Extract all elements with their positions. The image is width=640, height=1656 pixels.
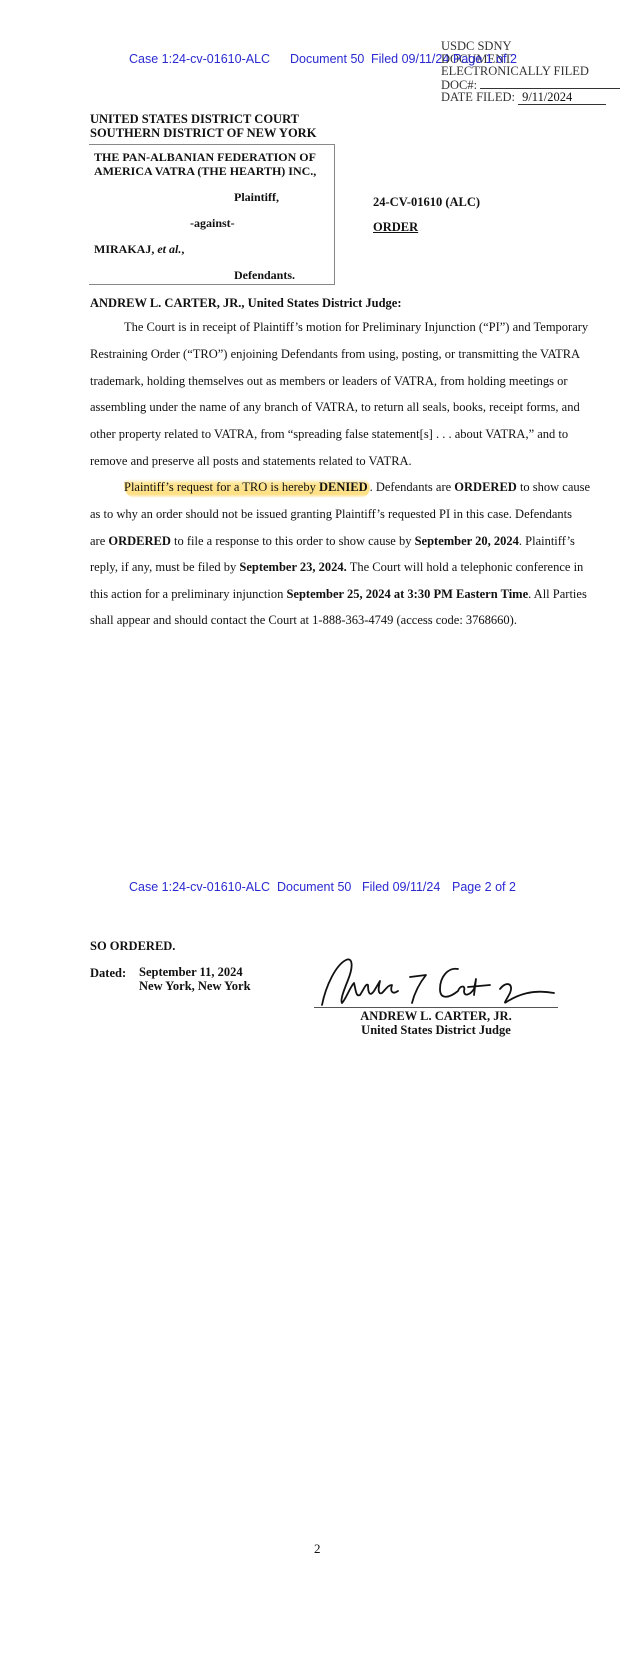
page-number: 2 [314, 1541, 321, 1557]
highlighted-ruling: Plaintiff’s request for a TRO is hereby … [124, 479, 370, 498]
header-page-count: Page 2 of 2 [452, 880, 516, 894]
body-line: reply, if any, must be filed by Septembe… [90, 560, 550, 575]
dated-value: September 11, 2024 New York, New York [139, 966, 251, 993]
against-label: -against- [190, 216, 235, 231]
body-line: shall appear and should contact the Cour… [90, 613, 550, 628]
plaintiff-label: Plaintiff, [234, 190, 279, 205]
order-date: September 11, 2024 [139, 966, 251, 980]
text: The Court will hold a telephonic confere… [347, 560, 584, 574]
text: . Plaintiff’s [519, 534, 575, 548]
text: this action for a preliminary injunction [90, 587, 286, 601]
header-page-count: Page 1 of 2 [453, 52, 517, 66]
defendant-et-al: et al. [157, 242, 181, 256]
signer-title: United States District Judge [314, 1023, 558, 1037]
text: . Defendants are [370, 480, 455, 494]
text: reply, if any, must be filed by [90, 560, 239, 574]
header-case-number: Case 1:24-cv-01610-ALC [129, 880, 270, 894]
header-document-number: Document 50 [277, 880, 351, 894]
signer-name: ANDREW L. CARTER, JR. [314, 1009, 558, 1023]
stamp-doc-value [480, 78, 620, 89]
header-case-number: Case 1:24-cv-01610-ALC [129, 52, 270, 66]
body-line: remove and preserve all posts and statem… [90, 454, 550, 469]
text: to show cause [517, 480, 590, 494]
stamp-date-label: DATE FILED: [441, 90, 515, 104]
case-caption: THE PAN-ALBANIAN FEDERATION OF AMERICA V… [89, 144, 335, 285]
header-document-number: Document 50 [290, 52, 364, 66]
text: to file a response to this order to show… [171, 534, 415, 548]
ecf-header-page-2: Case 1:24-cv-01610-ALC Document 50 Filed… [0, 880, 640, 896]
response-deadline: September 20, 2024 [415, 534, 519, 548]
dated-label: Dated: [90, 966, 126, 981]
body-line: assembling under the name of any branch … [90, 400, 550, 415]
body-line-denied: Plaintiff’s request for a TRO is hereby … [124, 480, 550, 495]
body-line: as to why an order should not be issued … [90, 507, 550, 522]
body-line: are ORDERED to file a response to this o… [90, 534, 550, 549]
defendant-name: MIRAKAJ, et al., [94, 242, 184, 257]
body-line: this action for a preliminary injunction… [90, 587, 550, 602]
docket-number: 24-CV-01610 (ALC) [373, 195, 480, 210]
header-filed-date: Filed 09/11/24 [371, 52, 449, 66]
body-line: trademark, holding themselves out as mem… [90, 374, 550, 389]
stamp-date-value: 9/11/2024 [518, 91, 606, 105]
body-line: The Court is in receipt of Plaintiff’s m… [124, 320, 550, 335]
stamp-court: USDC SDNY [441, 40, 620, 53]
document-title: ORDER [373, 220, 418, 235]
reply-deadline: September 23, 2024. [239, 560, 346, 574]
text: . All Parties [528, 587, 587, 601]
defendants-label: Defendants. [234, 268, 295, 283]
court-name: UNITED STATES DISTRICT COURT SOUTHERN DI… [90, 112, 316, 140]
plaintiff-name: THE PAN-ALBANIAN FEDERATION OF AMERICA V… [94, 150, 316, 178]
order-place: New York, New York [139, 980, 251, 994]
plaintiff-name-line-2: AMERICA VATRA (THE HEARTH) INC., [94, 164, 316, 178]
signer-block: ANDREW L. CARTER, JR. United States Dist… [314, 1009, 558, 1037]
clerk-filing-stamp: USDC SDNY DOCUMENT ELECTRONICALLY FILED … [441, 40, 620, 105]
signature-line [314, 1007, 558, 1008]
stamp-doc-number: DOC#: [441, 78, 620, 92]
plaintiff-name-line-1: THE PAN-ALBANIAN FEDERATION OF [94, 150, 316, 164]
judge-heading: ANDREW L. CARTER, JR., United States Dis… [90, 296, 401, 311]
stamp-electronically-filed: ELECTRONICALLY FILED [441, 65, 620, 78]
ordered-text: ORDERED [108, 534, 171, 548]
court-name-line-1: UNITED STATES DISTRICT COURT [90, 112, 316, 126]
body-line: Restraining Order (“TRO”) enjoining Defe… [90, 347, 550, 362]
judge-signature-icon [318, 955, 558, 1009]
defendant-comma: , [181, 242, 184, 256]
so-ordered: SO ORDERED. [90, 939, 175, 954]
ordered-text: ORDERED [454, 480, 517, 494]
conference-datetime: September 25, 2024 at 3:30 PM Eastern Ti… [286, 587, 528, 601]
stamp-date-filed: DATE FILED: 9/11/2024 [441, 91, 620, 105]
header-filed-date: Filed 09/11/24 [362, 880, 440, 894]
body-line: other property related to VATRA, from “s… [90, 427, 550, 442]
court-name-line-2: SOUTHERN DISTRICT OF NEW YORK [90, 126, 316, 140]
ruling-text: Plaintiff’s request for a TRO is hereby [124, 480, 319, 494]
denied-text: DENIED [319, 480, 368, 494]
defendant-name-text: MIRAKAJ, [94, 242, 154, 256]
text: are [90, 534, 108, 548]
